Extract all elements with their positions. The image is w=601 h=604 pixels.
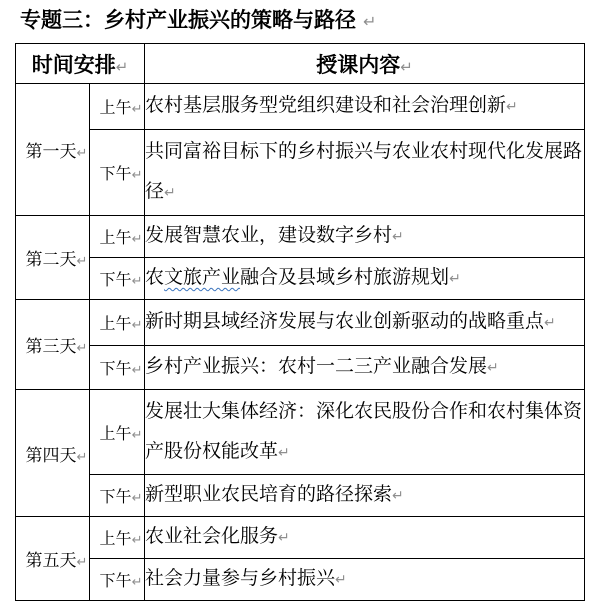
content-cell: 共同富裕目标下的乡村振兴与农业农村现代化发展路径↵ bbox=[145, 130, 585, 216]
course-content: 社会力量参与乡村振兴 bbox=[145, 568, 335, 589]
header-cell-content: 授课内容↵ bbox=[145, 44, 585, 84]
document-title-text: 专题三：乡村产业振兴的策略与路径 bbox=[20, 8, 356, 32]
paragraph-mark-icon: ↵ bbox=[132, 533, 143, 548]
spellcheck-squiggle: 文旅产业 bbox=[164, 267, 240, 288]
table-row: 第三天↵ 上午↵ 新时期县域经济发展与农业创新驱动的战略重点↵ bbox=[16, 300, 585, 346]
paragraph-mark-icon: ↵ bbox=[363, 12, 376, 31]
time-cell: 下午↵ bbox=[90, 475, 145, 517]
time-cell: 上午↵ bbox=[90, 390, 145, 475]
day-label-cell: 第四天↵ bbox=[16, 390, 90, 517]
day-label-cell: 第二天↵ bbox=[16, 216, 90, 300]
time-label: 上午 bbox=[100, 426, 132, 443]
course-content: 农村基层服务型党组织建设和社会治理创新 bbox=[145, 95, 506, 116]
day-label: 第五天 bbox=[26, 551, 77, 570]
time-label: 下午 bbox=[100, 489, 132, 506]
course-content: 农文旅产业融合及县域乡村旅游规划 bbox=[145, 267, 449, 288]
time-label: 下午 bbox=[100, 272, 132, 289]
paragraph-mark-icon: ↵ bbox=[77, 146, 88, 161]
paragraph-mark-icon: ↵ bbox=[132, 274, 143, 289]
time-label: 上午 bbox=[100, 100, 132, 117]
paragraph-mark-icon: ↵ bbox=[132, 491, 143, 506]
paragraph-mark-icon: ↵ bbox=[132, 168, 143, 183]
day-label-cell: 第三天↵ bbox=[16, 300, 90, 390]
time-cell: 上午↵ bbox=[90, 216, 145, 258]
course-content: 新时期县域经济发展与农业创新驱动的战略重点 bbox=[145, 311, 544, 332]
paragraph-mark-icon: ↵ bbox=[77, 341, 88, 356]
day-label: 第三天 bbox=[26, 337, 77, 356]
paragraph-mark-icon: ↵ bbox=[132, 575, 143, 590]
table-row: 下午↵ 农文旅产业融合及县域乡村旅游规划↵ bbox=[16, 258, 585, 300]
content-cell: 社会力量参与乡村振兴↵ bbox=[145, 559, 585, 601]
header-time-label: 时间安排 bbox=[32, 53, 116, 77]
table-row: 第二天↵ 上午↵ 发展智慧农业，建设数字乡村↵ bbox=[16, 216, 585, 258]
paragraph-mark-icon: ↵ bbox=[392, 488, 404, 504]
time-cell: 上午↵ bbox=[90, 300, 145, 346]
time-label: 上午 bbox=[100, 230, 132, 247]
content-cell: 新时期县域经济发展与农业创新驱动的战略重点↵ bbox=[145, 300, 585, 346]
time-cell: 下午↵ bbox=[90, 130, 145, 216]
paragraph-mark-icon: ↵ bbox=[278, 445, 290, 461]
time-label: 下午 bbox=[100, 166, 132, 183]
content-cell: 农村基层服务型党组织建设和社会治理创新↵ bbox=[145, 84, 585, 130]
time-label: 下午 bbox=[100, 573, 132, 590]
paragraph-mark-icon: ↵ bbox=[544, 315, 556, 331]
header-content-label: 授课内容 bbox=[316, 53, 400, 77]
day-label: 第二天 bbox=[26, 250, 77, 269]
paragraph-mark-icon: ↵ bbox=[487, 360, 499, 376]
paragraph-mark-icon: ↵ bbox=[449, 271, 461, 287]
content-cell: 发展壮大集体经济：深化农民股份合作和农村集体资产股份权能改革↵ bbox=[145, 390, 585, 475]
course-content: 共同富裕目标下的乡村振兴与农业农村现代化发展路径 bbox=[145, 141, 582, 202]
course-content: 发展壮大集体经济：深化农民股份合作和农村集体资产股份权能改革 bbox=[145, 401, 582, 462]
paragraph-mark-icon: ↵ bbox=[164, 185, 176, 201]
day-label: 第一天 bbox=[26, 142, 77, 161]
time-cell: 上午↵ bbox=[90, 517, 145, 559]
paragraph-mark-icon: ↵ bbox=[506, 99, 518, 115]
document-page: 专题三：乡村产业振兴的策略与路径↵ 时间安排↵ 授课内容↵ 第一天↵ 上午↵ 农… bbox=[0, 0, 601, 604]
day-label-cell: 第五天↵ bbox=[16, 517, 90, 601]
paragraph-mark-icon: ↵ bbox=[392, 229, 404, 245]
paragraph-mark-icon: ↵ bbox=[132, 102, 143, 117]
paragraph-mark-icon: ↵ bbox=[132, 232, 143, 247]
paragraph-mark-icon: ↵ bbox=[77, 450, 88, 465]
paragraph-mark-icon: ↵ bbox=[116, 58, 129, 76]
paragraph-mark-icon: ↵ bbox=[132, 318, 143, 333]
time-cell: 下午↵ bbox=[90, 258, 145, 300]
day-label: 第四天 bbox=[26, 446, 77, 465]
paragraph-mark-icon: ↵ bbox=[335, 572, 347, 588]
course-schedule-table: 时间安排↵ 授课内容↵ 第一天↵ 上午↵ 农村基层服务型党组织建设和社会治理创新… bbox=[15, 43, 585, 601]
content-cell: 乡村产业振兴：农村一二三产业融合发展↵ bbox=[145, 346, 585, 390]
table-row: 第一天↵ 上午↵ 农村基层服务型党组织建设和社会治理创新↵ bbox=[16, 84, 585, 130]
content-cell: 新型职业农民培育的路径探索↵ bbox=[145, 475, 585, 517]
course-content: 农业社会化服务 bbox=[145, 526, 278, 547]
content-cell: 农业社会化服务↵ bbox=[145, 517, 585, 559]
table-row: 下午↵ 乡村产业振兴：农村一二三产业融合发展↵ bbox=[16, 346, 585, 390]
document-title: 专题三：乡村产业振兴的策略与路径↵ bbox=[20, 7, 376, 35]
paragraph-mark-icon: ↵ bbox=[132, 363, 143, 378]
table-row: 第四天↵ 上午↵ 发展壮大集体经济：深化农民股份合作和农村集体资产股份权能改革↵ bbox=[16, 390, 585, 475]
table-row: 下午↵ 新型职业农民培育的路径探索↵ bbox=[16, 475, 585, 517]
paragraph-mark-icon: ↵ bbox=[132, 428, 143, 443]
header-cell-time: 时间安排↵ bbox=[16, 44, 145, 84]
time-label: 上午 bbox=[100, 316, 132, 333]
table-row: 第五天↵ 上午↵ 农业社会化服务↵ bbox=[16, 517, 585, 559]
table-row: 下午↵ 社会力量参与乡村振兴↵ bbox=[16, 559, 585, 601]
table-row: 下午↵ 共同富裕目标下的乡村振兴与农业农村现代化发展路径↵ bbox=[16, 130, 585, 216]
paragraph-mark-icon: ↵ bbox=[77, 254, 88, 269]
paragraph-mark-icon: ↵ bbox=[77, 555, 88, 570]
course-content: 乡村产业振兴：农村一二三产业融合发展 bbox=[145, 356, 487, 377]
time-cell: 下午↵ bbox=[90, 346, 145, 390]
paragraph-mark-icon: ↵ bbox=[278, 530, 290, 546]
paragraph-mark-icon: ↵ bbox=[400, 58, 413, 76]
time-cell: 上午↵ bbox=[90, 84, 145, 130]
content-cell: 发展智慧农业，建设数字乡村↵ bbox=[145, 216, 585, 258]
course-content: 发展智慧农业，建设数字乡村 bbox=[145, 225, 392, 246]
table-header-row: 时间安排↵ 授课内容↵ bbox=[16, 44, 585, 84]
time-cell: 下午↵ bbox=[90, 559, 145, 601]
day-label-cell: 第一天↵ bbox=[16, 84, 90, 216]
course-content: 新型职业农民培育的路径探索 bbox=[145, 484, 392, 505]
content-cell: 农文旅产业融合及县域乡村旅游规划↵ bbox=[145, 258, 585, 300]
time-label: 上午 bbox=[100, 531, 132, 548]
time-label: 下午 bbox=[100, 361, 132, 378]
